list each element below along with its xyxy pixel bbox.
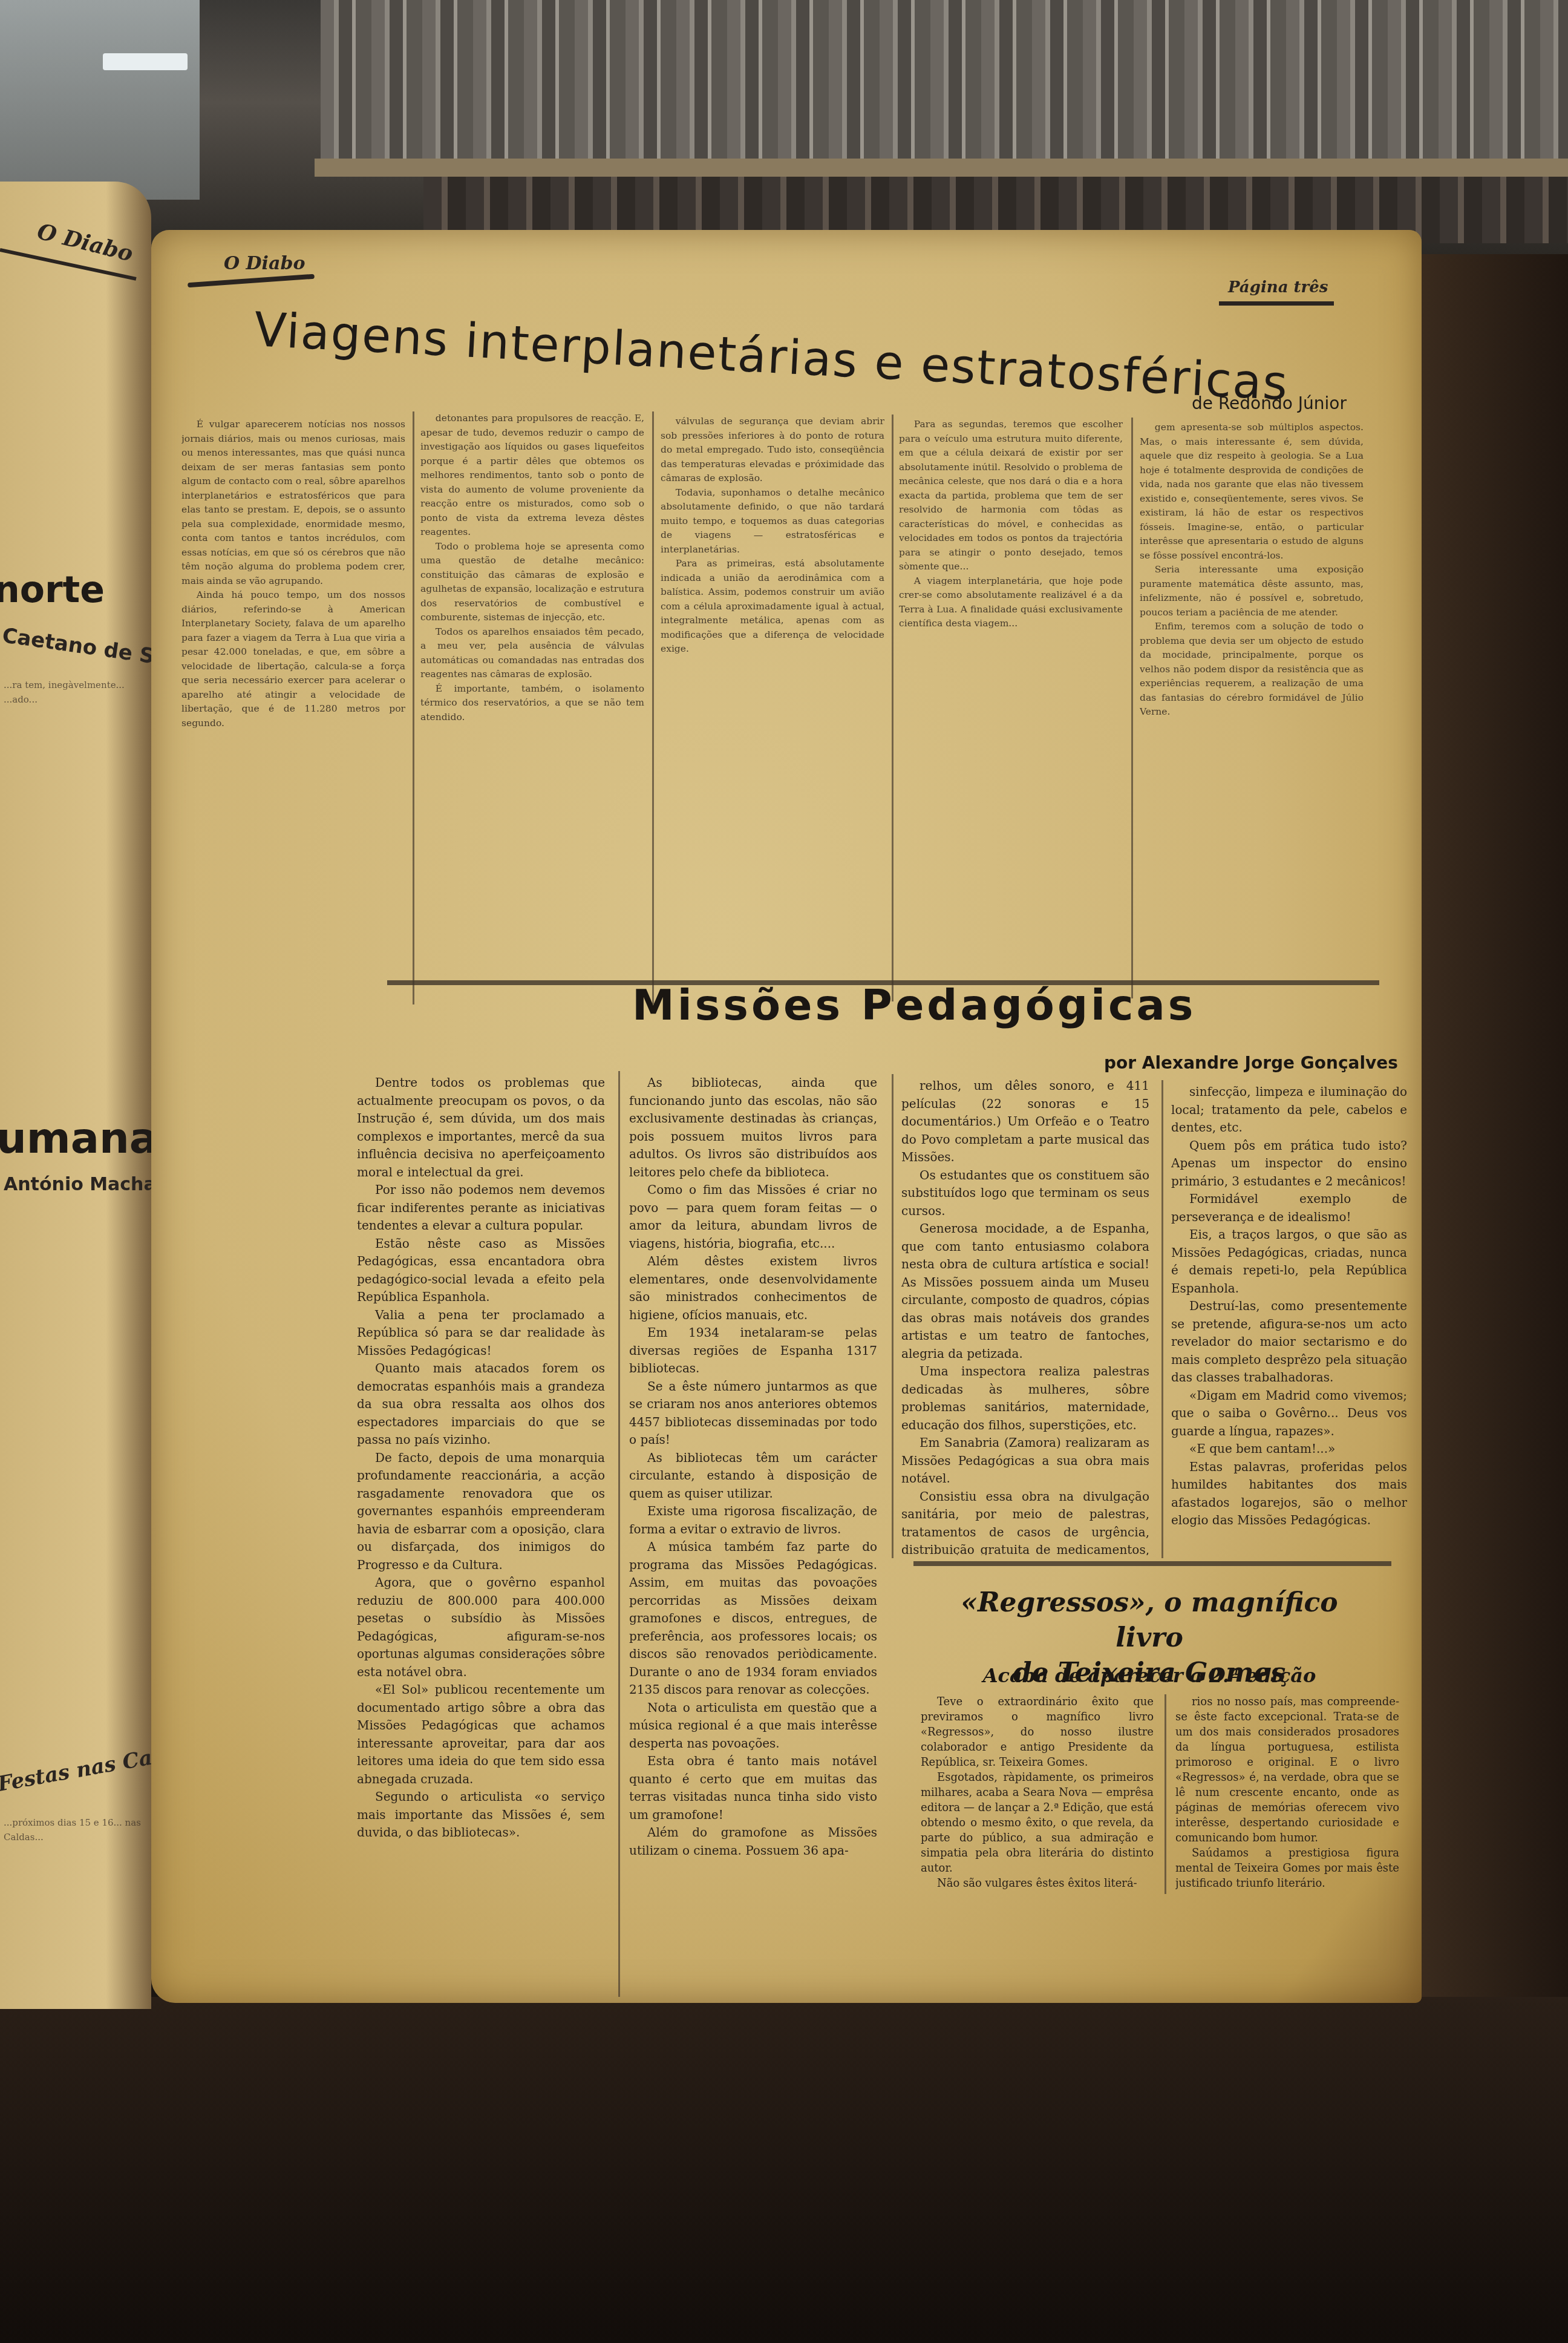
- headline-viagens: Viagens interplanetárias e estratosféric…: [253, 303, 1290, 411]
- article-top-column-3: válvulas de segurança que deviam abrir s…: [661, 415, 884, 998]
- page-label-rule: [1219, 301, 1334, 306]
- byline-alexandre-jorge-goncalves: por Alexandre Jorge Gonçalves: [1104, 1053, 1398, 1073]
- article-top-column-1: É vulgar aparecerem notícias nos nossos …: [181, 418, 405, 998]
- section-divider: [913, 1561, 1391, 1566]
- left-article2-title: umana: [0, 1113, 151, 1163]
- left-article1-text: ...ra tem, inegàvelmente... ...ado...: [4, 678, 143, 707]
- column-divider: [1131, 418, 1133, 998]
- byline-redondo-junior: de Redondo Júnior: [1192, 393, 1347, 413]
- bookshelf-upper: [321, 0, 1568, 163]
- article-middle-column-4: sinfecção, limpeza e iluminação do local…: [1171, 1083, 1407, 1555]
- article-middle-column-2: As bibliotecas, ainda que funcionando ju…: [629, 1074, 877, 2000]
- page-number-label: Página três: [1228, 278, 1328, 297]
- article-bottom-column-2: rios no nosso país, mas compreende-se ês…: [1175, 1694, 1399, 1936]
- column-divider: [1161, 1080, 1163, 1558]
- subheadline-segunda-edicao: Acaba de aparecer a 2.ª edição: [926, 1664, 1373, 1687]
- column-divider: [1165, 1694, 1166, 1894]
- ceiling-lamp: [103, 53, 188, 70]
- library-background: [0, 0, 1568, 254]
- left-article2-byline: António Machado: [4, 1174, 151, 1195]
- column-divider: [652, 411, 654, 1004]
- article-top-column-2: detonantes para propulsores de reacção. …: [420, 411, 644, 998]
- headline-missoes-pedagogicas: Missões Pedagógicas: [632, 980, 1196, 1030]
- article-top-column-5: gem apresenta-se sob múltiplos aspectos.…: [1140, 421, 1364, 995]
- left-article3-text: ...próximos dias 15 e 16... nas Caldas..…: [4, 1815, 143, 1844]
- column-divider: [892, 1074, 893, 1558]
- masthead: O Diabo: [224, 253, 305, 274]
- window: [0, 0, 200, 200]
- article-bottom-column-1: Teve o extraordinário êxito que previram…: [921, 1694, 1154, 1973]
- left-article3-title: Festas nas Caldas: [0, 1737, 151, 1797]
- masthead-rule: [188, 274, 315, 288]
- newspaper-page: O Diabo Página três Viagens interplanetá…: [151, 230, 1422, 2003]
- column-divider: [413, 411, 414, 1004]
- article-middle-column-1: Dentre todos os problemas que actualment…: [357, 1074, 605, 2000]
- article-top-column-4: Para as segundas, teremos que escolher p…: [899, 418, 1123, 998]
- column-divider: [892, 415, 893, 1001]
- reading-table: [0, 1997, 1568, 2343]
- left-article1-byline: Caetano de Sousa: [1, 623, 151, 676]
- left-facing-page: O Diabo norte Caetano de Sousa ...ra tem…: [0, 182, 151, 2009]
- left-article1-title: norte: [0, 569, 105, 611]
- volume-binding: [1403, 254, 1568, 2009]
- article-middle-column-3: relhos, um dêles sonoro, e 411 películas…: [901, 1077, 1149, 1555]
- column-divider: [618, 1071, 620, 1997]
- shelf-board: [315, 159, 1568, 177]
